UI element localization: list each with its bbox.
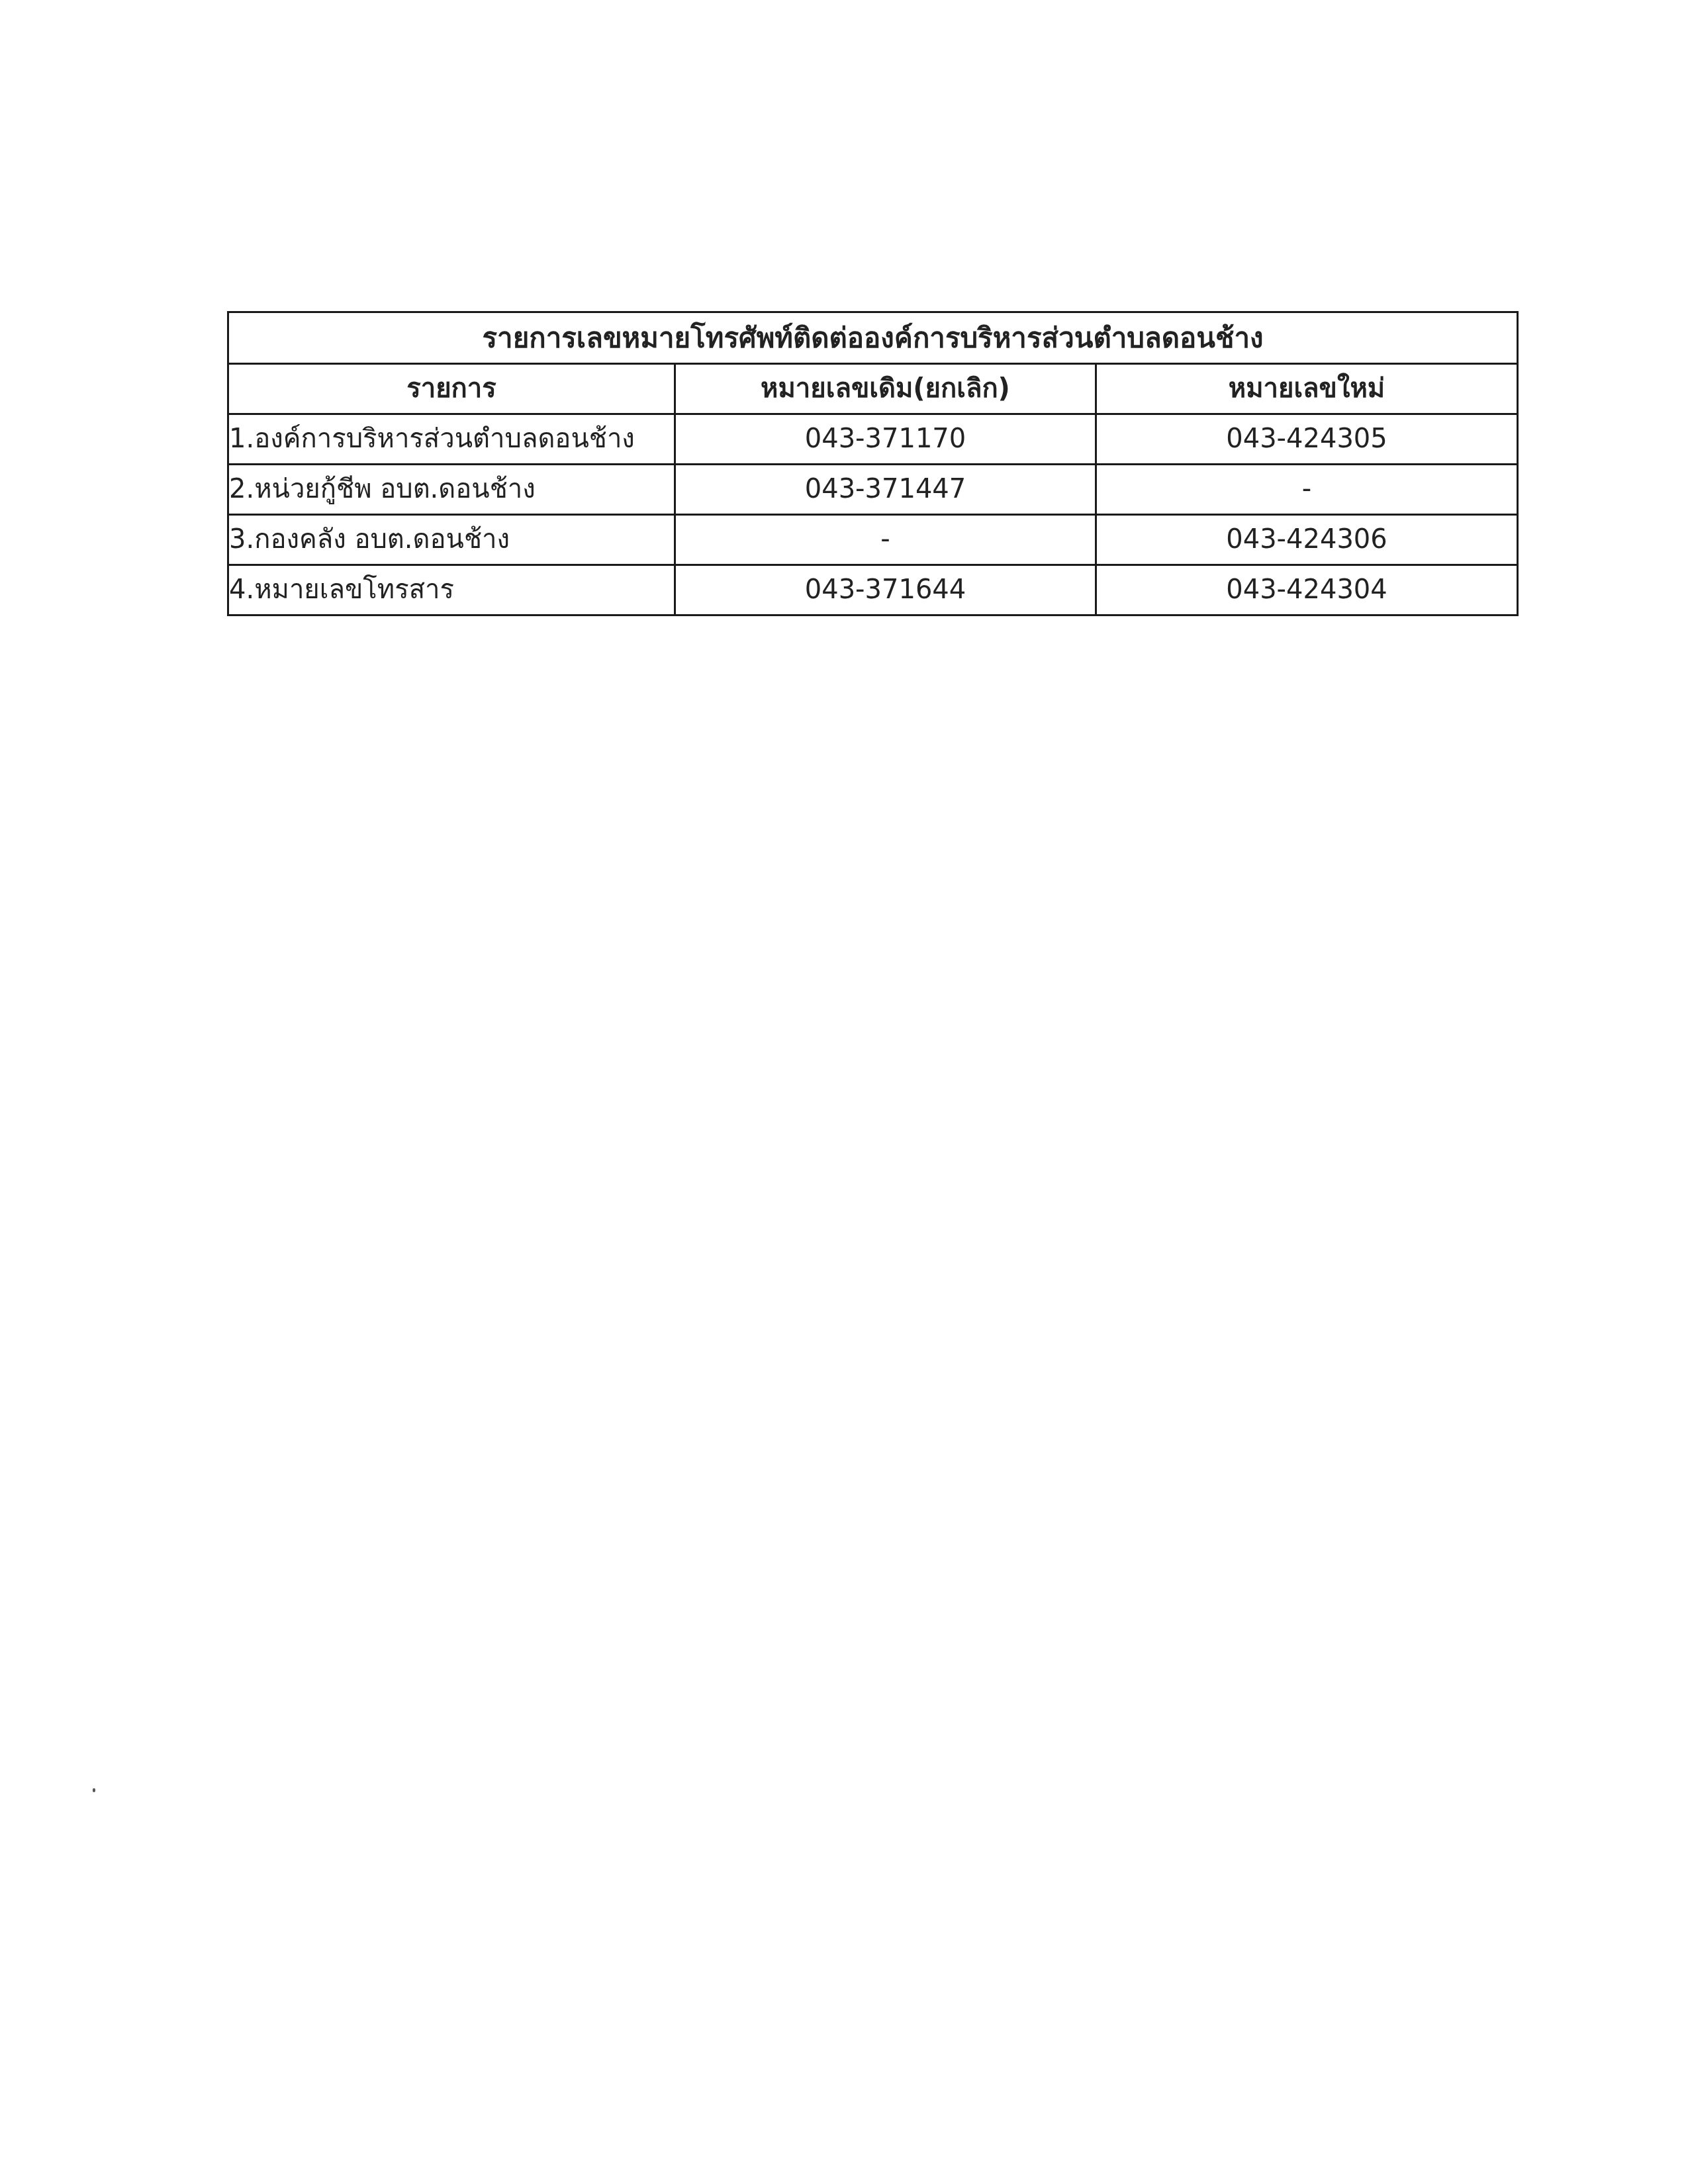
table-title: รายการเลขหมายโทรศัพท์ติดต่อองค์การบริหาร…	[228, 312, 1518, 364]
table-row: 4.หมายเลขโทรสาร 043-371644 043-424304	[228, 565, 1518, 615]
header-new-number: หมายเลขใหม่	[1096, 364, 1518, 414]
row-old-number: 043-371447	[675, 465, 1096, 515]
row-item: 1.องค์การบริหารส่วนตำบลดอนช้าง	[228, 414, 675, 465]
row-item: 2.หน่วยกู้ชีพ อบต.ดอนช้าง	[228, 465, 675, 515]
row-item: 4.หมายเลขโทรสาร	[228, 565, 675, 615]
scan-speck	[93, 1788, 95, 1792]
header-item: รายการ	[228, 364, 675, 414]
document-page: รายการเลขหมายโทรศัพท์ติดต่อองค์การบริหาร…	[0, 0, 1688, 2184]
row-new-number: -	[1096, 465, 1518, 515]
table-row: 2.หน่วยกู้ชีพ อบต.ดอนช้าง 043-371447 -	[228, 465, 1518, 515]
table-row: 3.กองคลัง อบต.ดอนช้าง - 043-424306	[228, 515, 1518, 565]
row-new-number: 043-424305	[1096, 414, 1518, 465]
row-new-number: 043-424306	[1096, 515, 1518, 565]
table-header-row: รายการ หมายเลขเดิม(ยกเลิก) หมายเลขใหม่	[228, 364, 1518, 414]
phone-number-table: รายการเลขหมายโทรศัพท์ติดต่อองค์การบริหาร…	[227, 311, 1519, 616]
row-old-number: 043-371644	[675, 565, 1096, 615]
row-item: 3.กองคลัง อบต.ดอนช้าง	[228, 515, 675, 565]
table-title-row: รายการเลขหมายโทรศัพท์ติดต่อองค์การบริหาร…	[228, 312, 1518, 364]
row-old-number: -	[675, 515, 1096, 565]
row-new-number: 043-424304	[1096, 565, 1518, 615]
row-old-number: 043-371170	[675, 414, 1096, 465]
table-row: 1.องค์การบริหารส่วนตำบลดอนช้าง 043-37117…	[228, 414, 1518, 465]
header-old-number: หมายเลขเดิม(ยกเลิก)	[675, 364, 1096, 414]
